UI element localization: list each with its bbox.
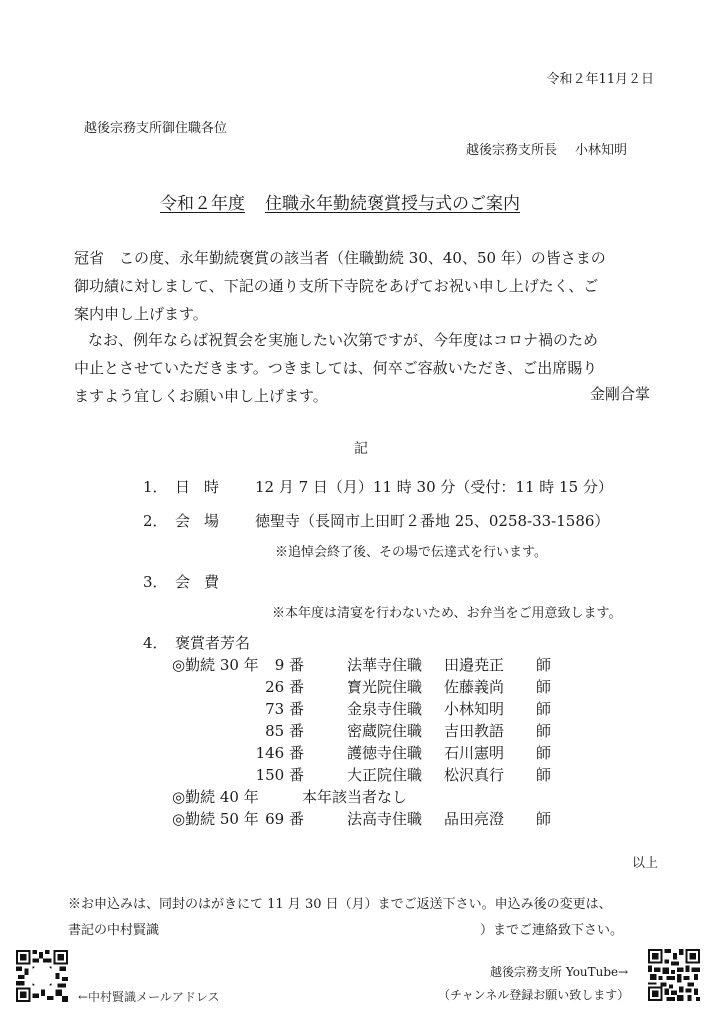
awardee-name: 石川憲明 bbox=[444, 742, 504, 763]
awardee-number: 146 番 bbox=[244, 742, 304, 763]
item-number: 1． bbox=[143, 476, 175, 497]
awardee-name: 佐藤義尚 bbox=[444, 676, 504, 697]
awardee-name: 吉田教語 bbox=[444, 720, 504, 741]
awardee-name: 品田亮澄 bbox=[444, 808, 504, 829]
awardee-number: 69 番 bbox=[244, 808, 304, 829]
title-main: 住職永年勤続褒賞授与式のご案内 bbox=[265, 194, 520, 214]
sender: 越後宗務支所長小林知明 bbox=[466, 139, 627, 158]
paragraph-greeting: 冠省 この度、永年勤続褒賞の該当者（住職勤続 30、40、50 年）の皆さまの … bbox=[74, 244, 654, 328]
awardee-temple: 法華寺住職 bbox=[347, 654, 422, 675]
awardee-honorific: 師 bbox=[536, 698, 551, 719]
item-label: 褒賞者芳名 bbox=[175, 634, 250, 652]
awardee-category: ◎勤続 40 年 bbox=[172, 786, 282, 807]
paragraph-line: なお、例年ならば祝賀会を実施したい次第ですが、今年度はコロナ禍のため bbox=[74, 326, 654, 354]
awardee-name: 松沢真行 bbox=[444, 764, 504, 785]
awardee-honorific: 師 bbox=[536, 742, 551, 763]
awardee-number: 73 番 bbox=[244, 698, 304, 719]
awardee-temple: 寳光院住職 bbox=[347, 676, 422, 697]
awardee-number: 85 番 bbox=[244, 720, 304, 741]
item-label: 会費 bbox=[175, 571, 255, 592]
ijo-end-mark: 以上 bbox=[632, 852, 658, 871]
awardee-temple: 密蔵院住職 bbox=[347, 720, 422, 741]
footnote-line-2: 書記の中村賢識 bbox=[68, 919, 159, 938]
email-qr-label: ←中村賢識メールアドレス bbox=[78, 988, 219, 1005]
qr-code-youtube-icon[interactable] bbox=[648, 949, 700, 1001]
venue-note: ※追悼会終了後、その場で伝達式を行います。 bbox=[275, 541, 547, 560]
item-datetime: 1．日時12 月 7 日（月）11 時 30 分（受付：11 時 15 分） bbox=[143, 476, 613, 497]
awardee-honorific: 師 bbox=[536, 654, 551, 675]
qr-code-email-icon[interactable] bbox=[16, 950, 68, 1002]
awardee-number: 150 番 bbox=[244, 764, 304, 785]
item-label: 日時 bbox=[175, 476, 255, 497]
paragraph-line: 案内申し上げます。 bbox=[74, 300, 654, 328]
awardee-temple: 法高寺住職 bbox=[347, 808, 422, 829]
document-date: 令和２年11月２日 bbox=[546, 68, 654, 87]
awardee-temple: 護徳寺住職 bbox=[347, 742, 422, 763]
awardee-temple: 大正院住職 bbox=[347, 764, 422, 785]
paragraph-line: 御功績に対しまして、下記の通り支所下寺院をあげてお祝い申し上げたく、ご bbox=[74, 272, 654, 300]
awardee-name: 田邉尭正 bbox=[444, 654, 504, 675]
awardee-number: 9 番 bbox=[244, 654, 304, 675]
paragraph-line: 冠省 この度、永年勤続褒賞の該当者（住職勤続 30、40、50 年）の皆さまの bbox=[74, 244, 654, 272]
paragraph-notice: なお、例年ならば祝賀会を実施したい次第ですが、今年度はコロナ禍のため 中止とさせ… bbox=[74, 326, 654, 410]
awardee-temple: 金泉寺住職 bbox=[347, 698, 422, 719]
closing-phrase: 金剛合掌 bbox=[590, 380, 650, 408]
item-number: 2． bbox=[143, 510, 175, 531]
addressee: 越後宗務支所御住職各位 bbox=[84, 117, 227, 136]
item-value: 徳聖寺（長岡市上田町２番地 25、0258-33-1586） bbox=[255, 510, 609, 531]
item-fee: 3．会費 bbox=[143, 571, 255, 592]
item-label: 会場 bbox=[175, 510, 255, 531]
footnote-line-1: ※お申込みは、同封のはがきにて 11 月 30 日（月）までご返送下さい。申込み… bbox=[68, 893, 612, 912]
paragraph-line: ますよう宜しくお願い申し上げます。 bbox=[74, 382, 654, 410]
awardee-name: 小林知明 bbox=[444, 698, 504, 719]
youtube-qr-label: 越後宗務支所 YouTube→ bbox=[490, 963, 628, 980]
document-title: 令和２年度住職永年勤続褒賞授与式のご案内 bbox=[160, 189, 520, 214]
fee-note: ※本年度は清宴を行わないため、お弁当をご用意致します。 bbox=[272, 602, 621, 621]
awardee-honorific: 師 bbox=[536, 720, 551, 741]
sender-name: 小林知明 bbox=[575, 143, 627, 158]
footnote-line-2-end: ）までご連絡致下さい。 bbox=[480, 919, 623, 938]
title-year: 令和２年度 bbox=[160, 194, 245, 214]
item-venue: 2．会場徳聖寺（長岡市上田町２番地 25、0258-33-1586） bbox=[143, 510, 609, 531]
youtube-subscribe-note: （チャンネル登録お願い致します） bbox=[438, 986, 629, 1003]
item-awardees: 4．褒賞者芳名 bbox=[143, 632, 250, 653]
awardee-honorific: 師 bbox=[536, 764, 551, 785]
item-value: 12 月 7 日（月）11 時 30 分（受付：11 時 15 分） bbox=[255, 476, 613, 497]
sender-org: 越後宗務支所長 bbox=[466, 143, 557, 158]
paragraph-line: 中止とさせていただきます。つきましては、何卒ご容赦いただき、ご出席賜り bbox=[74, 354, 654, 382]
awardee-number: 26 番 bbox=[244, 676, 304, 697]
ki-heading: 記 bbox=[354, 438, 368, 458]
awardee-honorific: 師 bbox=[536, 808, 551, 829]
awardee-honorific: 師 bbox=[536, 676, 551, 697]
item-number: 4． bbox=[143, 632, 175, 653]
no-awardee-text: 本年該当者なし bbox=[302, 786, 407, 807]
item-number: 3． bbox=[143, 571, 175, 592]
